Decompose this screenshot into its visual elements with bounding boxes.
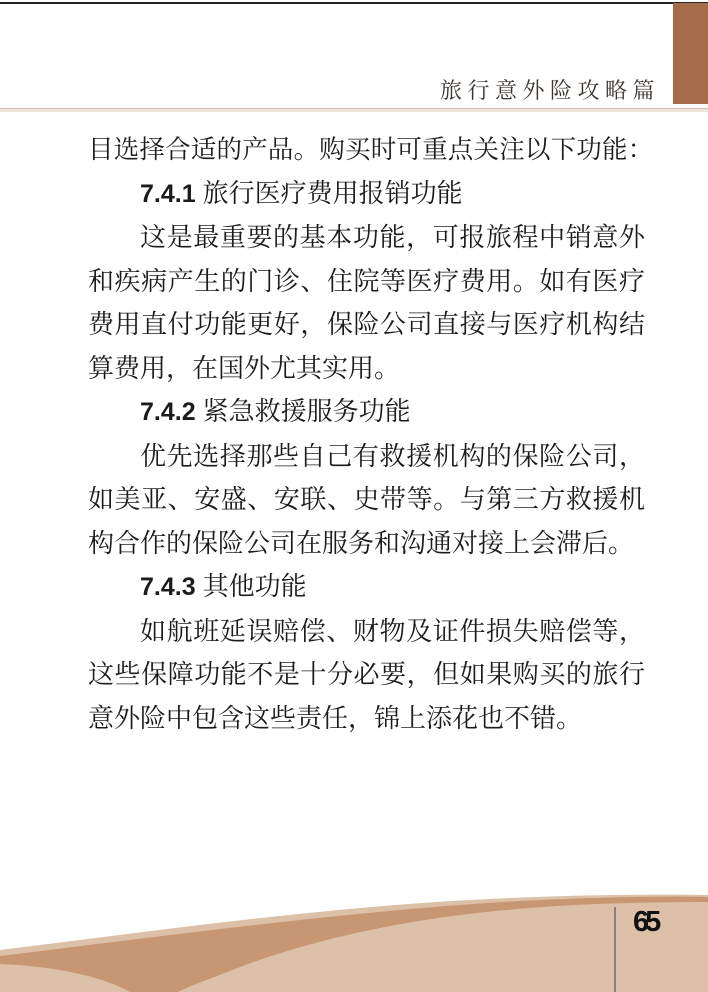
section-number-3: 7.4.3: [140, 573, 196, 601]
page-number: 65: [633, 906, 657, 939]
section-heading-1: 7.4.1旅行医疗费用报销功能: [88, 172, 645, 217]
section-title-1: 旅行医疗费用报销功能: [203, 179, 463, 208]
section-paragraph-3: 如航班延误赔偿、财物及证件损失赔偿等，这些保障功能不是十分必要，但如果购买的旅行…: [88, 610, 645, 741]
section-heading-3: 7.4.3其他功能: [88, 565, 645, 610]
section-number-2: 7.4.2: [140, 398, 196, 426]
intro-paragraph: 目选择合适的产品。购买时可重点关注以下功能：: [88, 128, 645, 172]
section-heading-2: 7.4.2紧急救援服务功能: [88, 390, 645, 435]
section-number-1: 7.4.1: [140, 180, 196, 208]
footer-divider: [614, 907, 616, 992]
header-divider: [0, 108, 708, 112]
footer-decoration: [0, 842, 708, 992]
content-area: 目选择合适的产品。购买时可重点关注以下功能： 7.4.1旅行医疗费用报销功能 这…: [88, 128, 645, 740]
section-title-2: 紧急救援服务功能: [203, 397, 411, 426]
section-paragraph-1: 这是最重要的基本功能，可报旅程中销意外和疾病产生的门诊、住院等医疗费用。如有医疗…: [88, 216, 645, 390]
section-paragraph-2: 优先选择那些自己有救援机构的保险公司，如美亚、安盛、安联、史带等。与第三方救援机…: [88, 435, 645, 566]
page: 旅行意外险攻略篇 目选择合适的产品。购买时可重点关注以下功能： 7.4.1旅行医…: [0, 0, 708, 992]
top-edge-line: [0, 2, 708, 4]
page-header-title: 旅行意外险攻略篇: [440, 74, 660, 105]
chapter-corner-tab: [673, 3, 708, 104]
section-title-3: 其他功能: [203, 572, 307, 601]
